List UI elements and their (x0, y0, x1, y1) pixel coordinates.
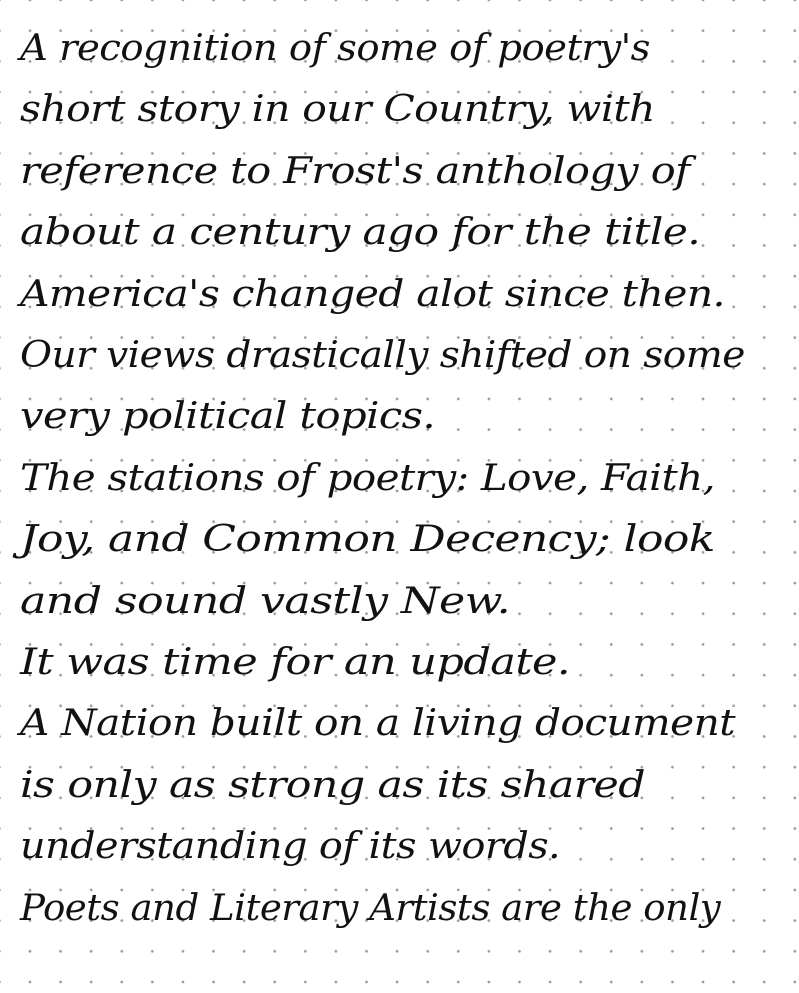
note-line-8: The stations of poetry: Love, Faith, (20, 459, 715, 499)
note-line-11: It was time for an update. (20, 643, 570, 683)
note-line-6: Our views drastically shifted on some (20, 336, 745, 376)
note-line-4: about a century ago for the title. (20, 213, 700, 253)
note-line-10: and sound vastly New. (20, 582, 510, 622)
handwritten-note: A recognition of some of poetry's short … (0, 0, 799, 993)
note-line-9: Joy, and Common Decency; look (20, 520, 715, 560)
note-line-13: is only as strong as its shared (20, 766, 645, 806)
note-line-5: America's changed alot since then. (20, 275, 725, 315)
note-line-12: A Nation built on a living document (20, 704, 735, 744)
dot-grid-page: A recognition of some of poetry's short … (0, 0, 799, 993)
note-line-15: Poets and Literary Artists are the only (20, 889, 720, 929)
note-line-1: A recognition of some of poetry's (20, 29, 650, 69)
note-line-14: understanding of its words. (20, 827, 560, 867)
note-line-2: short story in our Country, with (20, 90, 655, 130)
note-line-7: very political topics. (20, 397, 435, 437)
note-line-3: reference to Frost's anthology of (20, 152, 690, 192)
